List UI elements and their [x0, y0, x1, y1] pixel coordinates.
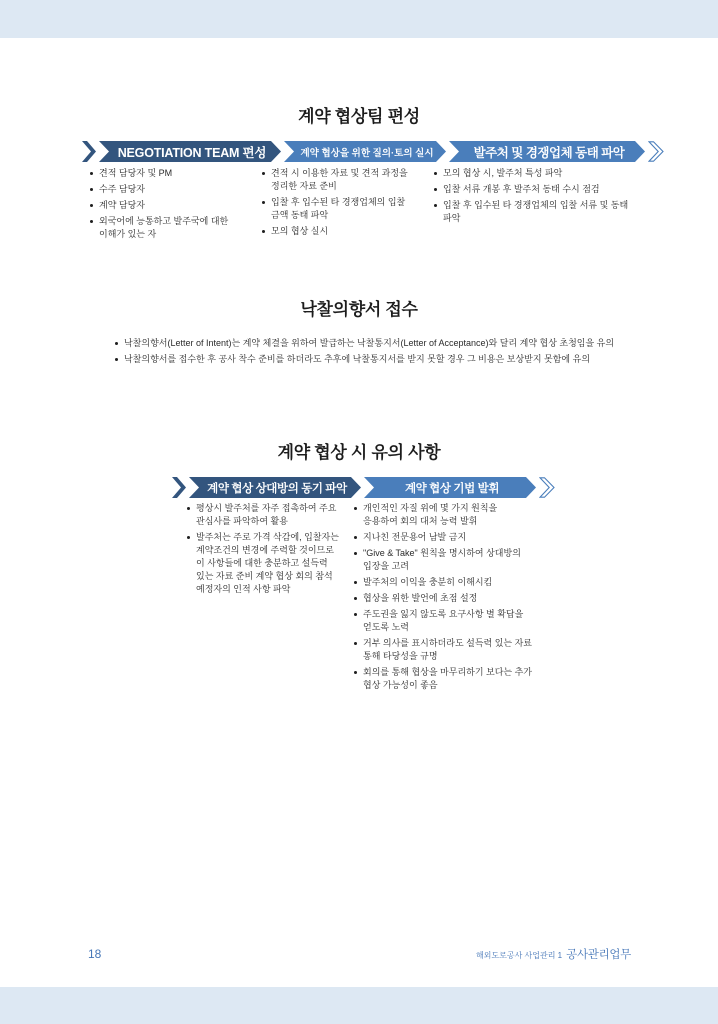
section3-title: 계약 협상 시 유의 사항 — [0, 438, 718, 463]
list-item: 입찰 서류 개봉 후 발주처 동태 수시 점검 — [432, 183, 630, 196]
section2-title: 낙찰의향서 접수 — [0, 295, 718, 320]
letter-of-intent-list: 낙찰의향서(Letter of Intent)는 계약 체결을 위하여 발급하는… — [113, 337, 621, 369]
section1-columns: 견적 담당자 및 PM 수주 담당자 계약 담당자 외국어에 능통하고 발주국에… — [88, 167, 630, 244]
list-item: 평상시 발주처를 자주 접촉하여 주요 관심사를 파악하여 활용 — [185, 502, 343, 528]
process-step-label: 계약 협상을 위한 질의·토의 실시 — [300, 145, 433, 159]
section3-process-arrows: 계약 협상 상대방의 동기 파악 계약 협상 기법 발휘 — [172, 477, 555, 498]
document-page: { "colors": { "banner_dark": "#33557e", … — [0, 0, 718, 1024]
list-item: 모의 협상 시, 발주처 특성 파악 — [432, 167, 630, 180]
negotiation-team-list: 견적 담당자 및 PM 수주 담당자 계약 담당자 외국어에 능통하고 발주국에… — [88, 167, 248, 244]
list-item: 입찰 후 입수된 타 경쟁업체의 입찰 금액 동태 파악 — [260, 196, 420, 222]
section1-title: 계약 협상팀 편성 — [0, 102, 718, 127]
process-step-negotiation-team: NEGOTIATION TEAM 편성 — [99, 141, 281, 162]
list-item: 견적 시 이용한 자료 및 견적 과정을 정리한 자료 준비 — [260, 167, 420, 193]
list-item: 발주처의 이익을 충분히 이해시킴 — [352, 576, 534, 589]
chevron-outline-icon — [539, 477, 555, 498]
process-step-label: NEGOTIATION TEAM 편성 — [118, 143, 267, 161]
list-item: 수주 담당자 — [88, 183, 248, 196]
process-step-label: 발주처 및 경쟁업체 동태 파악 — [474, 143, 625, 161]
process-step-negotiation-skill: 계약 협상 기법 발휘 — [364, 477, 536, 498]
section1-process-arrows: NEGOTIATION TEAM 편성 계약 협상을 위한 질의·토의 실시 발… — [82, 141, 664, 162]
list-item: 거부 의사를 표시하더라도 설득력 있는 자료 통해 타당성을 규명 — [352, 637, 534, 663]
negotiation-skill-list: 개인적인 자질 위에 몇 가지 원칙을 응용하여 회의 대처 능력 발휘 지나친… — [352, 502, 534, 695]
page-number: 18 — [88, 947, 101, 961]
process-step-discussion: 계약 협상을 위한 질의·토의 실시 — [284, 141, 446, 162]
chevron-lead-icon — [172, 477, 186, 498]
list-item: 낙찰의향서(Letter of Intent)는 계약 체결을 위하여 발급하는… — [113, 337, 621, 350]
footer-doc-name: 공사관리업무 — [566, 946, 631, 962]
list-item: 회의를 통해 협상을 마무리하기 보다는 추가 협상 가능성이 좋음 — [352, 666, 534, 692]
list-item: 견적 담당자 및 PM — [88, 167, 248, 180]
owner-watch-list: 모의 협상 시, 발주처 특성 파악 입찰 서류 개봉 후 발주처 동태 수시 … — [432, 167, 630, 244]
list-item: 외국어에 능통하고 발주국에 대한 이해가 있는 자 — [88, 215, 248, 241]
list-item: 지나친 전문용어 남발 금지 — [352, 531, 534, 544]
page-top-band — [0, 0, 718, 38]
process-step-owner-watch: 발주처 및 경쟁업체 동태 파악 — [449, 141, 645, 162]
chevron-lead-icon — [82, 141, 96, 162]
list-item: 모의 협상 실시 — [260, 225, 420, 238]
process-step-label: 계약 협상 상대방의 동기 파악 — [207, 480, 347, 496]
list-item: 발주처는 주로 가격 삭감에, 입찰자는 계약조건의 변경에 주력할 것이므로 … — [185, 531, 343, 596]
section3-columns: 평상시 발주처를 자주 접촉하여 주요 관심사를 파악하여 활용 발주처는 주로… — [185, 502, 534, 695]
list-item: 입찰 후 입수된 타 경쟁업체의 입찰 서류 및 동태 파악 — [432, 199, 630, 225]
process-step-counterpart-motive: 계약 협상 상대방의 동기 파악 — [189, 477, 361, 498]
list-item: 협상을 위한 발언에 초점 설정 — [352, 592, 534, 605]
page-bottom-band — [0, 987, 718, 1024]
chevron-outline-icon — [648, 141, 664, 162]
list-item: 계약 담당자 — [88, 199, 248, 212]
counterpart-motive-list: 평상시 발주처를 자주 접촉하여 주요 관심사를 파악하여 활용 발주처는 주로… — [185, 502, 343, 695]
list-item: 개인적인 자질 위에 몇 가지 원칙을 응용하여 회의 대처 능력 발휘 — [352, 502, 534, 528]
footer-doc-series: 해외도로공사 사업관리 1 — [476, 950, 562, 961]
footer-doc-title: 해외도로공사 사업관리 1 공사관리업무 — [476, 946, 631, 962]
list-item: "Give & Take" 원칙을 명시하여 상대방의 입장을 고려 — [352, 547, 534, 573]
discussion-list: 견적 시 이용한 자료 및 견적 과정을 정리한 자료 준비 입찰 후 입수된 … — [260, 167, 420, 244]
process-step-label: 계약 협상 기법 발휘 — [405, 480, 499, 496]
list-item: 낙찰의향서를 접수한 후 공사 착수 준비를 하더라도 추후에 낙찰통지서를 받… — [113, 353, 621, 366]
list-item: 주도권을 잃지 않도록 요구사항 별 확답을 얻도록 노력 — [352, 608, 534, 634]
